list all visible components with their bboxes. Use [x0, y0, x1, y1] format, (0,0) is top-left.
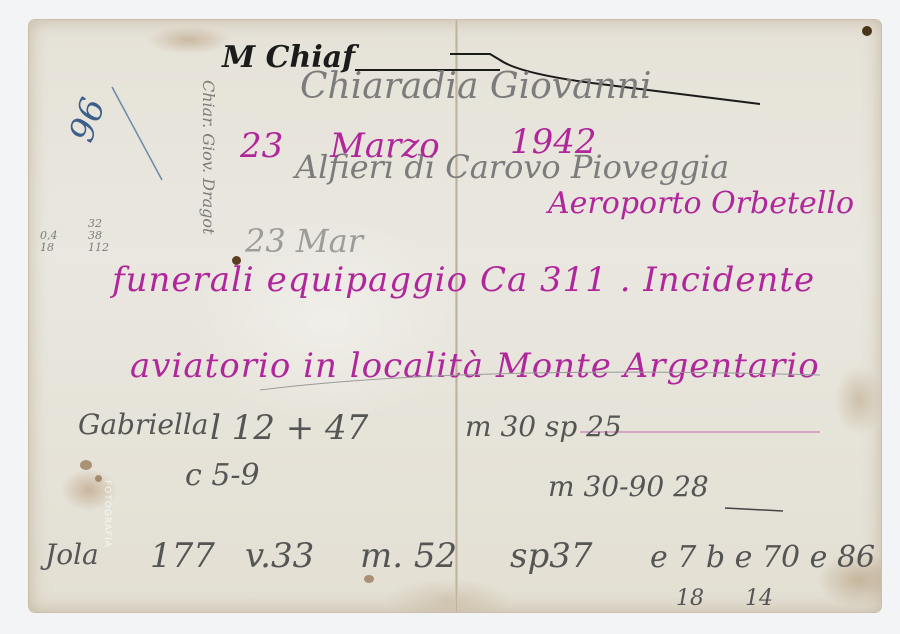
purple-date-month: Marzo	[330, 126, 440, 166]
pencil-subscript: 14	[745, 586, 773, 611]
pencil-line-name: Chiaradia Giovanni	[300, 66, 651, 107]
stain	[80, 460, 92, 470]
pencil-name-jola: Jola	[45, 538, 99, 571]
pencil-right-row2: m 30-90 28	[548, 470, 709, 503]
pencil-line-date: 23 Mar	[245, 222, 363, 260]
pencil-value: m. 52	[360, 536, 457, 576]
margin-number: 18	[40, 241, 54, 254]
pencil-value: sp37	[510, 536, 592, 576]
pencil-vertical-note: Chiar. Giov. Dragot	[199, 80, 218, 234]
purple-date-year: 1942	[510, 122, 597, 162]
pencil-value: e 7 b e 70 e 86	[650, 540, 875, 575]
stain	[364, 575, 374, 583]
pencil-underline	[725, 505, 785, 515]
pencil-sub-row1: c 5-9	[185, 458, 260, 493]
pencil-value: 177	[150, 536, 215, 576]
pencil-subscript: 18	[676, 586, 704, 611]
pencil-name-gabriella: Gabriella	[78, 408, 209, 441]
pencil-margin-calc-2: 32 38 112	[88, 218, 109, 254]
purple-location: Aeroporto Orbetello	[548, 186, 854, 221]
embossed-stamp: FOTOGRAFIA	[102, 480, 112, 548]
margin-number: 112	[88, 241, 109, 254]
blue-pencil-slash	[110, 85, 170, 185]
pencil-value: v.33	[245, 536, 314, 576]
pencil-margin-calc: 0,4 18	[40, 230, 58, 254]
purple-date-day: 23	[240, 126, 283, 166]
stain	[95, 475, 102, 482]
pencil-right-row1: m 30 sp 25	[465, 410, 622, 443]
pencil-values-row1: l 12 + 47	[210, 408, 368, 448]
purple-event-line: funerali equipaggio Ca 311 . Incidente	[112, 260, 815, 300]
stain	[862, 26, 872, 36]
